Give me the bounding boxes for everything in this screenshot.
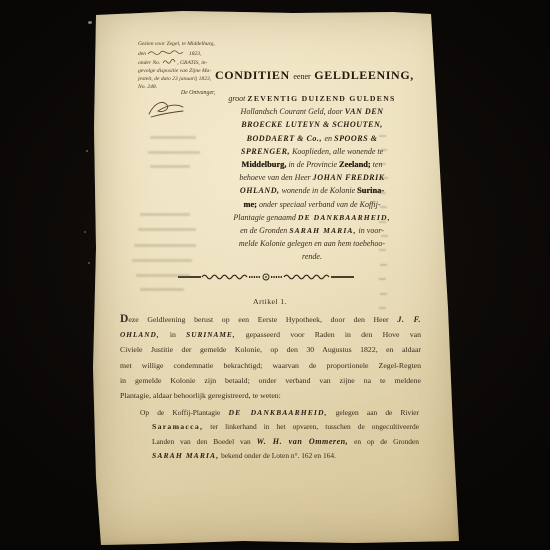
text-line: en de Gronden SARAH MARIA, in voor- bbox=[215, 222, 409, 235]
text-line: melde Kolonie gelegen en aan hem toebeho… bbox=[215, 235, 409, 248]
text-line: Saramacca, ter linkerhand in het opvaren… bbox=[140, 420, 419, 434]
handwritten-number-scribble bbox=[162, 58, 176, 65]
paper-speck bbox=[88, 262, 90, 264]
document-page: Gezien voor Zegel, te Middelburg, den 18… bbox=[93, 8, 459, 545]
divider-ornament bbox=[178, 272, 354, 282]
photo-background: Gezien voor Zegel, te Middelburg, den 18… bbox=[0, 0, 550, 550]
article-heading: Artikel 1. bbox=[120, 297, 420, 306]
text-line: groot ZEVENTIG DUIZEND GULDENS bbox=[215, 90, 409, 103]
text-line: Op de Koffij-Plantagie DE DANKBAARHEID, … bbox=[140, 406, 419, 420]
paper-speck bbox=[86, 150, 88, 152]
stamp-line-2: den 1823, bbox=[138, 49, 224, 59]
stamp-line-1: Gezien voor Zegel, te Middelburg, bbox=[138, 41, 224, 49]
intro-paragraph: groot ZEVENTIG DUIZEND GULDENSHollandsch… bbox=[215, 90, 409, 261]
revenue-stamp-note: Gezien voor Zegel, te Middelburg, den 18… bbox=[138, 41, 224, 91]
stamp-line-5: jesteit, de dato 23 januarij 1823, bbox=[138, 76, 224, 84]
text-line: Hollandsch Courant Geld, door VAN DEN bbox=[215, 103, 409, 116]
plantation-description: Op de Koffij-Plantagie DE DANKBAARHEID, … bbox=[140, 406, 419, 464]
text-line: BROECKE LUTEYN & SCHOUTEN, bbox=[215, 116, 409, 129]
receiver-signature bbox=[145, 96, 191, 122]
text-line: in gemelde Kolonie zijn betaald; onder v… bbox=[120, 373, 421, 388]
text-line: Landen van den Boedel van W. H. van Omme… bbox=[140, 435, 419, 449]
text-line: Plantagie, aldaar behoorlijk geregistree… bbox=[120, 388, 421, 403]
article-paragraph: Deze Geldleening berust op een Eerste Hy… bbox=[120, 312, 421, 403]
text-line: OHLAND, in SURINAME, gepasseerd voor Rad… bbox=[120, 327, 421, 342]
text-line: Deze Geldleening berust op een Eerste Hy… bbox=[120, 312, 421, 327]
document-title: CONDITIEN eener GELDLEENING, bbox=[215, 68, 409, 83]
text-line: Civiele Justitie der gemelde Kolonie, op… bbox=[120, 342, 421, 357]
paper-speck bbox=[84, 231, 86, 233]
paper-speck bbox=[88, 21, 92, 24]
text-line: Plantagie genaamd DE DANKBAARHEID, bbox=[215, 209, 409, 222]
stamp-line-4: gevolge dispositie van Zijne Ma- bbox=[138, 68, 224, 76]
text-line: SARAH MARIA, bekend onder de Loten n°. 1… bbox=[140, 449, 419, 463]
handwritten-date-scribble bbox=[147, 49, 187, 56]
text-line: met willige condemnatie bekrachtigd; waa… bbox=[120, 358, 421, 373]
stamp-line-3: onder No. , GRATIS, in- bbox=[138, 58, 224, 68]
text-line: behoeve van den Heer JOHAN FREDRIK bbox=[215, 169, 409, 182]
